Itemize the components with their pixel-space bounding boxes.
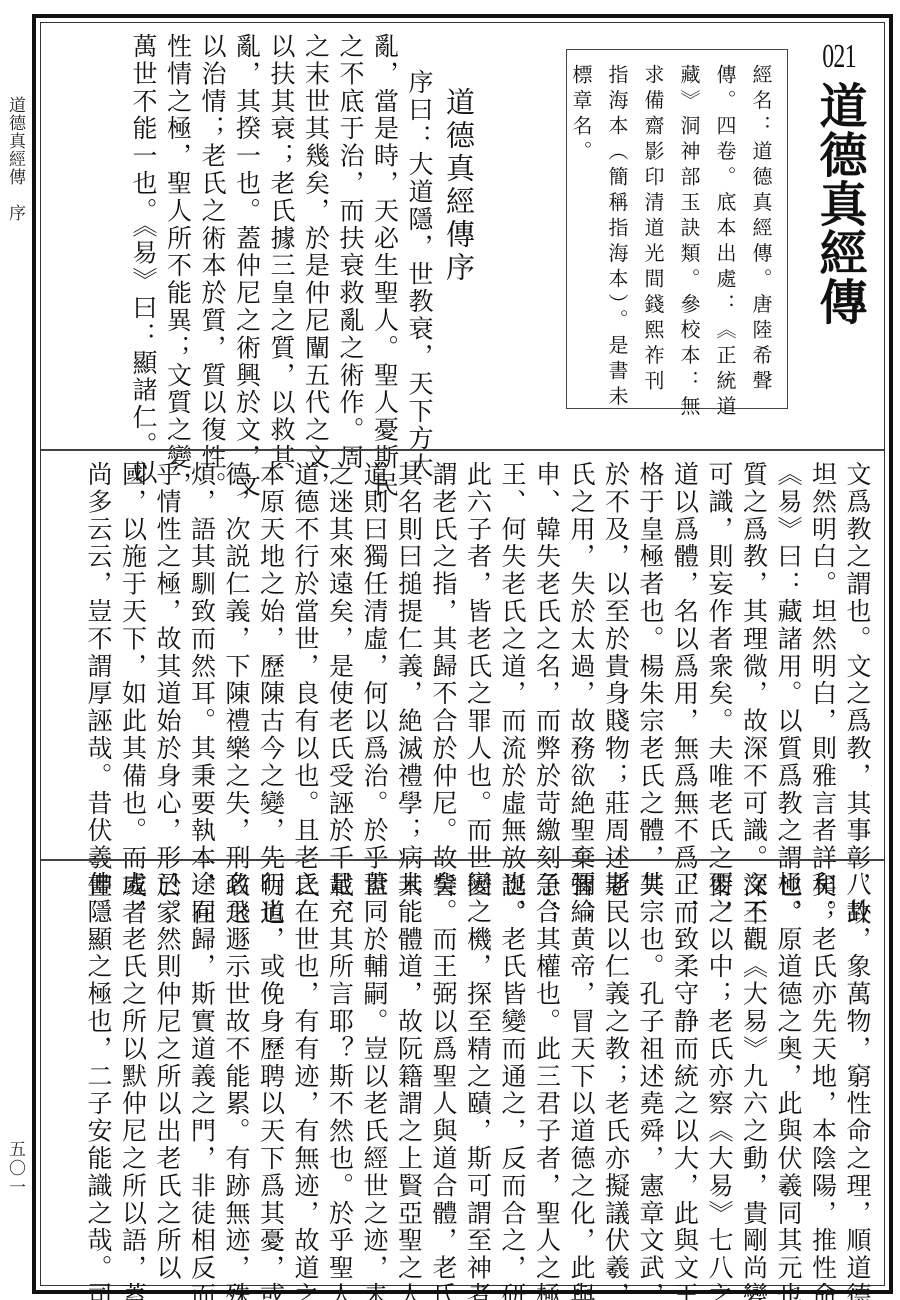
text-column: 也，老氏皆變而通之，反而合之，研至 xyxy=(495,871,530,1291)
text-column: 道德不行於當世，良有以也。且老氏 xyxy=(288,461,323,859)
page-frame: 021 道德真經傳 經名：道德真經傳。唐陸希聲 傳。四卷。底本出處：《正統道 藏… xyxy=(32,14,893,1294)
text-column: 斯民以仁義之教；老氏亦擬議伏羲， xyxy=(598,871,633,1291)
band-middle: 文爲教之謂也。文之爲教，其事彰，故 坦然明白。坦然明白，則雅言者詳矣。 《易》曰… xyxy=(41,449,884,859)
bibliographic-note-box: 經名：道德真經傳。唐陸希聲 傳。四卷。底本出處：《正統道 藏》洞神部玉訣類。參校… xyxy=(566,49,788,409)
text-column: 亂，當是時，天必生聖人。聖人憂斯民 xyxy=(367,33,402,447)
text-column: 於不及，以至於貴身賤物；莊周述老 xyxy=(598,461,633,859)
text-column: 彌綸黄帝，冒天下以道德之化，此與夫 xyxy=(564,871,599,1291)
text-column: 可識，則妄作者衆矣。夫唯老氏之術， xyxy=(702,461,737,859)
band-bottom: 八卦，象萬物，窮性命之理，順道德之 和；老氏亦先天地，本陰陽，推性命之 極，原道… xyxy=(41,859,884,1291)
text-column: 之末世其幾矣，於是仲尼闡五代之文， xyxy=(298,33,333,447)
text-column: 道以爲體，名以爲用，無爲無不爲，而 xyxy=(667,461,702,859)
text-column: 名飛遯示世故不能累。有跡無迹，殊 xyxy=(219,871,254,1291)
page-margin: 道德真經傳 序 五〇一 xyxy=(2,0,28,1300)
preface-text-top: 序曰：大道隱，世教衰，天下方大 亂，當是時，天必生聖人。聖人憂斯民 之不底于治，… xyxy=(47,33,436,447)
text-column: 之不底于治，而扶衰救亂之術作。周 xyxy=(333,33,368,447)
text-column: 伸隱顯之極也，二子安能識之哉。司 xyxy=(81,871,116,1291)
text-column: 變之機，探至精之賾，斯可謂至神者 xyxy=(460,871,495,1291)
text-column: 謂老氏之指，其歸不合於仲尼。故訾 xyxy=(426,461,461,859)
text-column: 途同歸，斯實道義之門，非徒相反而 xyxy=(184,871,219,1291)
note-column: 傳。四卷。底本出處：《正統道 xyxy=(707,64,743,408)
text-column: 德，次説仁義，下陳禮樂之失，刑政之 xyxy=(219,461,254,859)
text-column: 王、何失老氏之道，而流於虛無放誕。 xyxy=(495,461,530,859)
text-column: 以扶其衰；老氏據三皇之質，以救其 xyxy=(264,33,299,447)
text-column: 未能體道，故阮籍謂之上賢亞聖之人， xyxy=(391,871,426,1291)
text-column: 性情之極，聖人所不能異；文質之變， xyxy=(160,33,195,447)
text-column: 蓋同於輔嗣。豈以老氏經世之迹，未 xyxy=(357,871,392,1291)
note-column: 求備齋影印清道光間錢熙祚刊 xyxy=(635,64,671,408)
text-column: 國，以施于天下，如此其備也。而或者 xyxy=(115,461,150,859)
text-column: 子合其權也。此三君子者，聖人之極 xyxy=(529,871,564,1291)
text-column: 亂，其揆一也。蓋仲尼之術興於文，文 xyxy=(229,33,264,447)
text-column: 行也，或俛身歷聘以天下爲其憂，或藏 xyxy=(253,871,288,1291)
note-column: 標章名。 xyxy=(563,64,599,408)
text-column: 之在世也，有有迹，有無迹，故道之不 xyxy=(288,871,323,1291)
text-column: 之迷其來遠矣，是使老氏受誣於千載， xyxy=(322,461,357,859)
text-column: 處，老氏之所以默仲尼之所以語，蓋屈 xyxy=(115,871,150,1291)
text-column: 和；老氏亦先天地，本陰陽，推性命之 xyxy=(805,871,840,1291)
text-column: 極，原道德之奥，此與伏羲同其元也。 xyxy=(771,871,806,1291)
text-column: 尚多云云，豈不謂厚誣哉。昔伏羲畫 xyxy=(81,461,116,859)
running-title: 道德真經傳 序 xyxy=(5,96,25,222)
text-column: 足充其所言耶？斯不然也。於乎聖人 xyxy=(322,871,357,1291)
text-column: 萬世不能一也。《易》曰：顯諸仁。以 xyxy=(126,33,161,447)
text-column: 質之爲教，其理微，故深不可識。深不 xyxy=(736,461,771,859)
entry-number: 021 xyxy=(815,37,864,77)
text-column: 要之以中；老氏亦察《大易》七八之 xyxy=(702,871,737,1291)
preface-text-bottom: 八卦，象萬物，窮性命之理，順道德之 和；老氏亦先天地，本陰陽，推性命之 極，原道… xyxy=(47,871,874,1291)
text-column: 氏之用，失於太過，故務欲絶聖棄智； xyxy=(564,461,599,859)
note-column: 經名：道德真經傳。唐陸希聲 xyxy=(743,64,779,408)
preface-heading: 道德真經傳序 xyxy=(439,87,479,285)
text-column: 其宗也。孔子祖述堯舜，憲章文武，導 xyxy=(633,871,668,1291)
text-column: 此六子者，皆老氏之罪人也。而世因 xyxy=(460,461,495,859)
note-column: 藏》洞神部玉訣類。參校本：無 xyxy=(671,64,707,408)
text-column: 其名則曰搥提仁義，絶滅禮學；病其 xyxy=(391,461,426,859)
text-column: 坦然明白。坦然明白，則雅言者詳矣。 xyxy=(805,461,840,859)
text-column: 本原天地之始，歷陳古今之變，先明道 xyxy=(253,461,288,859)
preface-text-middle: 文爲教之謂也。文之爲教，其事彰，故 坦然明白。坦然明白，則雅言者詳矣。 《易》曰… xyxy=(47,461,874,859)
band-top: 021 道德真經傳 經名：道德真經傳。唐陸希聲 傳。四卷。底本出處：《正統道 藏… xyxy=(41,23,884,447)
page-number: 五〇一 xyxy=(5,1140,25,1197)
text-column: 序曰：大道隱，世教衰，天下方大 xyxy=(402,33,437,447)
text-column: 乎情性之極，故其道始於身心，形於家 xyxy=(150,461,185,859)
text-column: 以治情；老氏之術本於質，質以復性。 xyxy=(195,33,230,447)
page-inner-border: 021 道德真經傳 經名：道德真經傳。唐陸希聲 傳。四卷。底本出處：《正統道 藏… xyxy=(40,22,885,1286)
text-column: 正，致柔守静而統之以大，此與文王通 xyxy=(667,871,702,1291)
book-title: 道德真經傳 xyxy=(811,81,867,326)
title-area: 021 道德真經傳 xyxy=(804,37,874,357)
text-column: 矣。而王弼以爲聖人與道合體，老氏 xyxy=(426,871,461,1291)
text-column: 文爲教之謂也。文之爲教，其事彰，故 xyxy=(840,461,875,859)
text-column: 文王觀《大易》九六之動，貴剛尚變而 xyxy=(736,871,771,1291)
note-column: 指海本（簡稱指海本）。是書未 xyxy=(599,64,635,408)
text-column: 已。然則仲尼之所以出老氏之所以 xyxy=(150,871,185,1291)
text-column: 格于皇極者也。楊朱宗老氏之體，失 xyxy=(633,461,668,859)
text-column: 《易》曰：藏諸用。以質爲教之謂也。 xyxy=(771,461,806,859)
text-column: 八卦，象萬物，窮性命之理，順道德之 xyxy=(840,871,875,1291)
text-column: 煩，語其馴致而然耳。其秉要執本，在 xyxy=(184,461,219,859)
text-column: 道則曰獨任清虛，何以爲治。於乎世 xyxy=(357,461,392,859)
text-column: 申、韓失老氏之名，而弊於苛繳刻急； xyxy=(529,461,564,859)
